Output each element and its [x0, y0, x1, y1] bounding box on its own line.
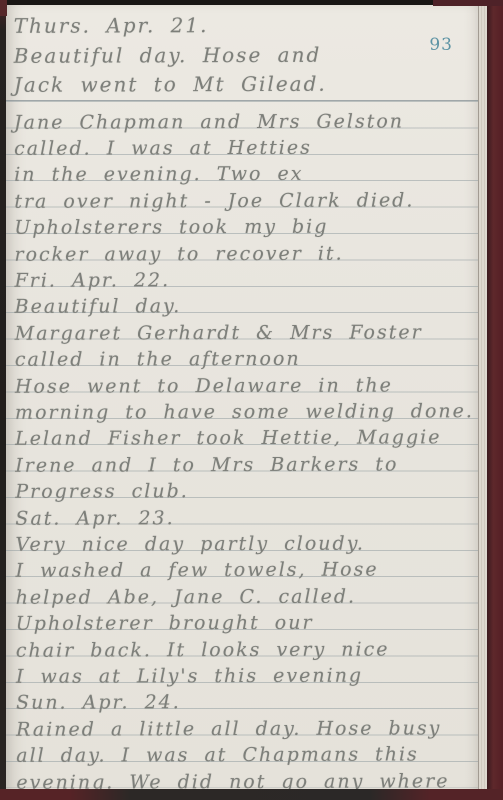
page-stack-edge: [478, 5, 487, 792]
cover-corner-top-left: [0, 0, 7, 16]
handwritten-line: Very nice day partly cloudy.: [15, 530, 477, 558]
handwritten-line: Upholsterers took my big: [14, 213, 476, 241]
diary-book-scan: Thurs. Apr. 21.Beautiful day. Hose andJa…: [0, 0, 503, 800]
handwritten-line: Leland Fisher took Hettie, Maggie: [15, 425, 477, 453]
handwritten-line: Beautiful day. Hose and: [14, 40, 476, 71]
book-cover-right: [487, 0, 503, 800]
handwritten-line: Fri. Apr. 22.: [15, 266, 477, 294]
scan-edge-top: [0, 0, 503, 5]
handwriting: Thurs. Apr. 21.Beautiful day. Hose andJa…: [14, 10, 479, 796]
handwritten-line: Irene and I to Mrs Barkers to: [15, 451, 477, 479]
handwritten-line: Progress club.: [15, 477, 477, 505]
handwritten-line: Thurs. Apr. 21.: [14, 10, 476, 41]
diary-page: Thurs. Apr. 21.Beautiful day. Hose andJa…: [6, 5, 479, 792]
handwritten-line: morning to have some welding done.: [15, 398, 477, 426]
handwritten-line: Jack went to Mt Gilead.: [14, 69, 476, 100]
handwritten-line: chair back. It looks very nice: [16, 636, 478, 664]
handwritten-line: I was at Lily's this evening: [16, 662, 478, 690]
handwritten-line: Hose went to Delaware in the: [15, 372, 477, 400]
handwritten-line: rocker away to recover it.: [14, 240, 476, 268]
book-cover-bottom: [0, 789, 503, 800]
handwritten-line: helped Abe, Jane C. called.: [16, 583, 478, 611]
handwritten-line: I washed a few towels, Hose: [16, 557, 478, 585]
handwritten-line: called. I was at Hetties: [14, 134, 476, 162]
handwritten-line: Jane Chapman and Mrs Gelston: [14, 108, 476, 136]
handwritten-line: all day. I was at Chapmans this: [16, 741, 478, 769]
scan-edge-left: [0, 0, 6, 800]
handwritten-line: called in the afternoon: [15, 345, 477, 373]
handwritten-line: Upholsterer brought our: [16, 609, 478, 637]
handwritten-line: Margaret Gerhardt & Mrs Foster: [15, 319, 477, 347]
handwritten-line: Rained a little all day. Hose busy: [16, 715, 478, 743]
handwritten-line: in the evening. Two ex: [14, 161, 476, 189]
handwritten-line: Sun. Apr. 24.: [16, 689, 478, 717]
cover-corner-top-right: [433, 0, 503, 6]
handwritten-line: Sat. Apr. 23.: [15, 504, 477, 532]
handwritten-line: tra over night - Joe Clark died.: [14, 187, 476, 215]
page-number: 93: [429, 35, 453, 55]
handwritten-line: Beautiful day.: [15, 293, 477, 321]
